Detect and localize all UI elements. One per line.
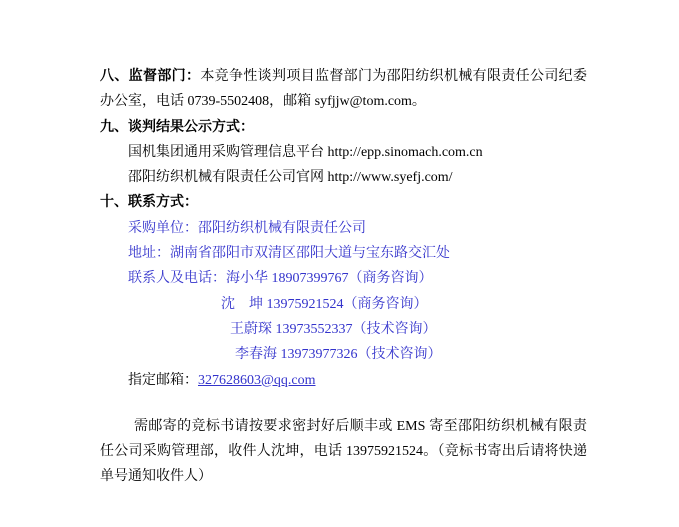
purchaser-line: 采购单位：邵阳纺织机械有限责任公司: [100, 216, 587, 241]
contacts-label: 联系人及电话：: [128, 271, 226, 286]
supervision-paragraph: 八、监督部门：本竞争性谈判项目监督部门为邵阳纺织机械有限责任公司纪委办公室，电话…: [100, 64, 587, 115]
address-line: 地址：湖南省邵阳市双清区邵阳大道与宝东路交汇处: [100, 241, 587, 266]
announcement-platform-line: 国机集团通用采购管理信息平台 http://epp.sinomach.com.c…: [100, 140, 587, 165]
announcement-website-line: 邵阳纺织机械有限责任公司官网 http://www.syefj.com/: [100, 165, 587, 190]
document-page: 八、监督部门：本竞争性谈判项目监督部门为邵阳纺织机械有限责任公司纪委办公室，电话…: [100, 64, 587, 490]
email-label: 指定邮箱：: [128, 373, 198, 388]
contact-entry: 沈 坤 13975921524（商务咨询）: [100, 292, 587, 317]
email-link[interactable]: 327628603@qq.com: [198, 373, 316, 388]
announcement-heading: 九、谈判结果公示方式：: [100, 115, 587, 140]
supervision-heading: 八、监督部门：: [100, 69, 200, 84]
contacts-line: 联系人及电话：海小华 18907399767（商务咨询）: [100, 266, 587, 291]
mailing-note-paragraph: 需邮寄的竞标书请按要求密封好后顺丰或 EMS 寄至邵阳纺织机械有限责任公司采购管…: [100, 414, 587, 490]
email-line: 指定邮箱：327628603@qq.com: [100, 368, 587, 393]
contact-entry: 李春海 13973977326（技术咨询）: [100, 342, 587, 367]
contact-entry: 海小华 18907399767（商务咨询）: [226, 271, 433, 286]
contact-heading: 十、联系方式：: [100, 190, 587, 215]
contact-entry: 王蔚琛 13973552337（技术咨询）: [100, 317, 587, 342]
